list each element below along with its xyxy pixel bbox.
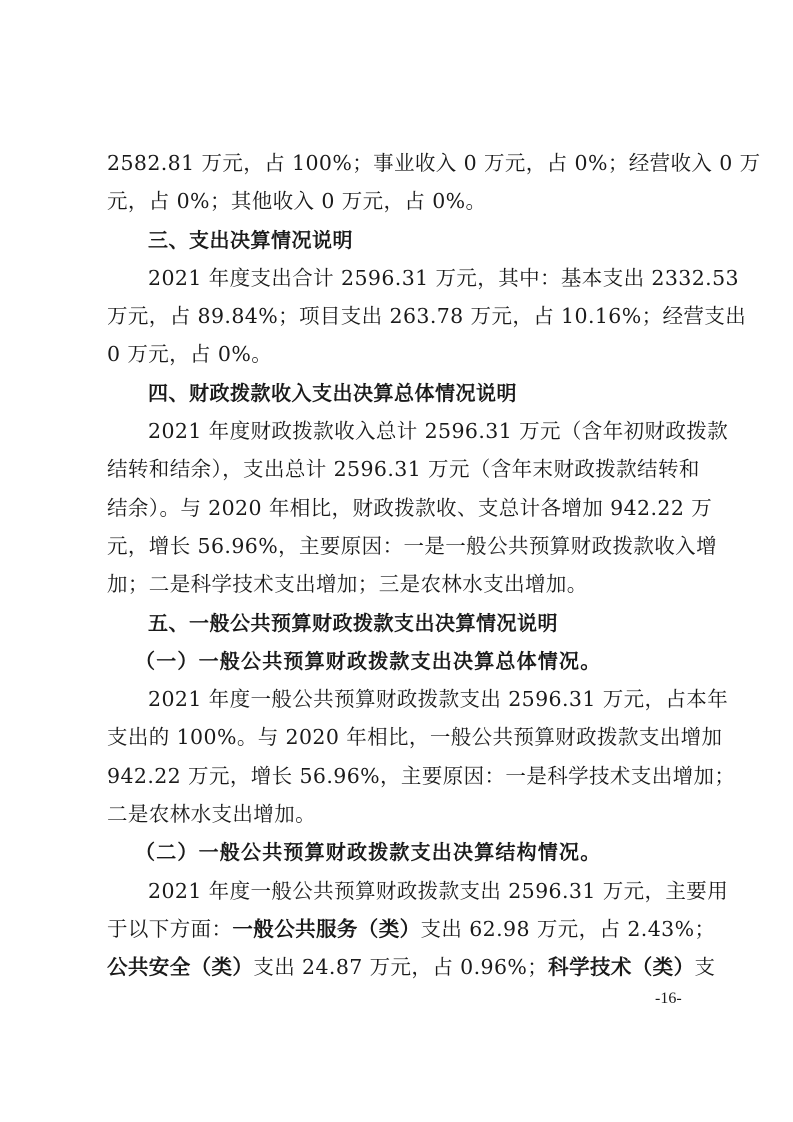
plain-text: 支出 24.87 万元，占 0.96%； [253,955,548,979]
document-page: 2582.81 万元，占 100%；事业收入 0 万元，占 0%；经营收入 0 … [107,144,693,987]
plain-text: 支出 62.98 万元，占 2.43%； [421,917,716,941]
paragraph-line-mixed: 于以下方面：一般公共服务（类）支出 62.98 万元，占 2.43%； [107,910,693,948]
paragraph-line: 元，占 0%；其他收入 0 万元，占 0%。 [107,182,693,220]
plain-text: 支 [694,955,715,979]
paragraph-line: 结转和结余），支出总计 2596.31 万元（含年末财政拨款结转和 [107,450,693,488]
paragraph-line: 二是农林水支出增加。 [107,795,693,833]
paragraph-line: 2582.81 万元，占 100%；事业收入 0 万元，占 0%；经营收入 0 … [107,144,693,182]
plain-text: 于以下方面： [107,917,232,941]
paragraph-line: 2021 年度财政拨款收入总计 2596.31 万元（含年初财政拨款 [107,412,693,450]
paragraph-line: 0 万元，占 0%。 [107,335,693,373]
paragraph-line-mixed: 公共安全（类）支出 24.87 万元，占 0.96%；科学技术（类）支 [107,948,693,986]
paragraph-line: 942.22 万元，增长 56.96%，主要原因：一是科学技术支出增加； [107,757,693,795]
paragraph-line: 支出的 100%。与 2020 年相比，一般公共预算财政拨款支出增加 [107,718,693,756]
page-number: -16- [655,990,682,1008]
paragraph-line: 万元，占 89.84%；项目支出 263.78 万元，占 10.16%；经营支出 [107,297,693,335]
bold-category: 一般公共服务（类） [232,917,420,941]
paragraph-line: 2021 年度支出合计 2596.31 万元，其中：基本支出 2332.53 [107,259,693,297]
section-heading-3: 三、支出决算情况说明 [107,221,693,259]
paragraph-line: 结余）。与 2020 年相比，财政拨款收、支总计各增加 942.22 万 [107,489,693,527]
bold-category: 公共安全（类） [107,955,253,979]
section-heading-4: 四、财政拨款收入支出决算总体情况说明 [107,374,693,412]
paragraph-line: 2021 年度一般公共预算财政拨款支出 2596.31 万元，占本年 [107,680,693,718]
bold-category: 科学技术（类） [548,955,694,979]
paragraph-line: 2021 年度一般公共预算财政拨款支出 2596.31 万元，主要用 [107,872,693,910]
paragraph-line: 元，增长 56.96%，主要原因：一是一般公共预算财政拨款收入增 [107,527,693,565]
paragraph-line: 加；二是科学技术支出增加；三是农林水支出增加。 [107,565,693,603]
section-heading-5: 五、一般公共预算财政拨款支出决算情况说明 [107,604,693,642]
subsection-heading-1: （一）一般公共预算财政拨款支出决算总体情况。 [107,642,693,680]
subsection-heading-2: （二）一般公共预算财政拨款支出决算结构情况。 [107,833,693,871]
